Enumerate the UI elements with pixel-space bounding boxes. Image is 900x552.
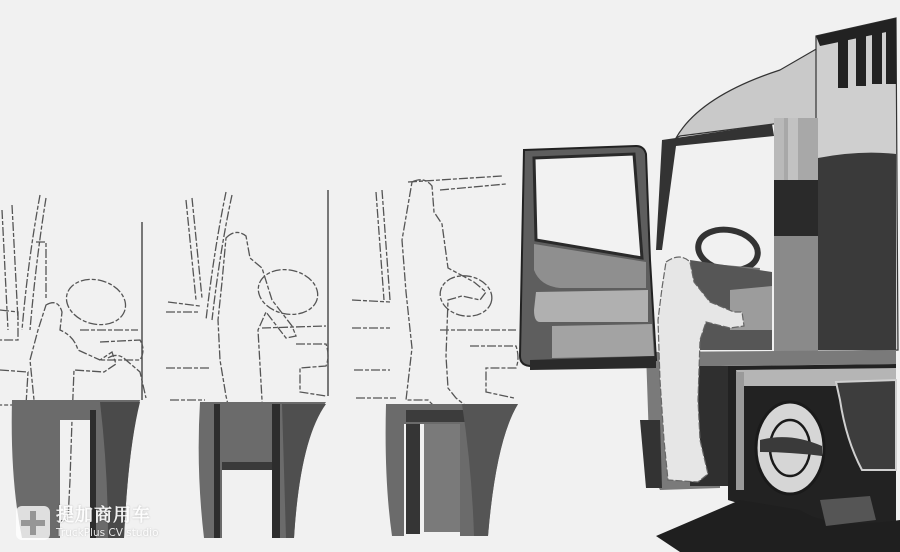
panel-step-3 xyxy=(352,176,518,536)
panel-step-2 xyxy=(166,190,328,538)
panel-step-4-cab xyxy=(520,18,900,552)
watermark-logo-icon xyxy=(16,506,50,540)
illustration-canvas: 提加商用车 TruckPlus CV studio xyxy=(0,0,900,552)
panel-step-1 xyxy=(0,195,146,538)
cab-entry-sketch xyxy=(0,0,900,552)
watermark-subtitle: TruckPlus CV studio xyxy=(56,528,159,539)
watermark-title: 提加商用车 xyxy=(56,507,159,525)
watermark: 提加商用车 TruckPlus CV studio xyxy=(16,506,159,540)
